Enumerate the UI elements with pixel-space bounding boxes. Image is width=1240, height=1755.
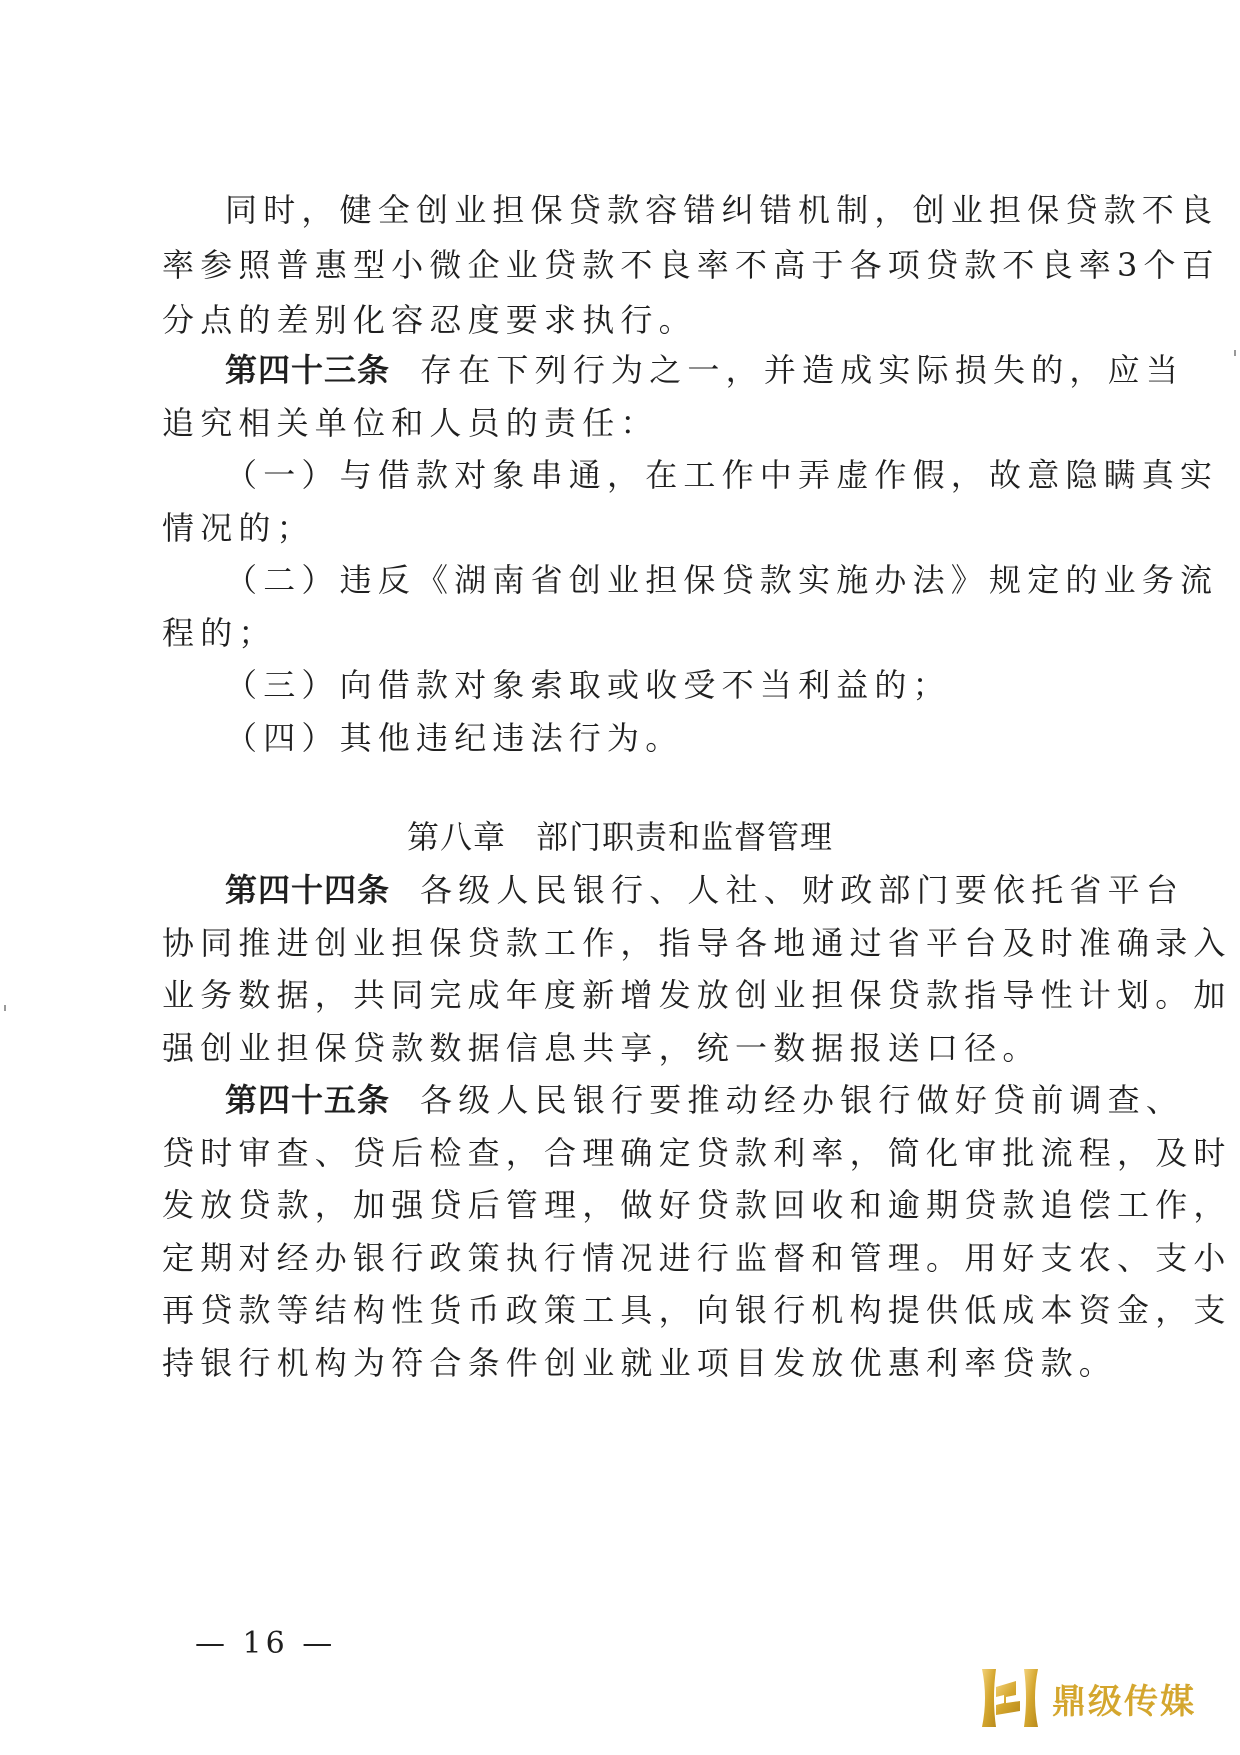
list-item: （四）其他违纪违法行为。 [225,718,1145,758]
ding-ji-logo-icon [980,1665,1040,1731]
paragraph-line: 同时，健全创业担保贷款容错纠错机制，创业担保贷款不良 [225,190,1145,230]
list-item-continuation: 情况的； [162,508,1082,548]
article-43-first-line: 第四十三条存在下列行为之一，并造成实际损失的，应当 [225,350,1145,390]
article-text: 各级人民银行、人社、财政部门要依托省平台 [420,871,1184,909]
list-item: （一）与借款对象串通，在工作中弄虚作假，故意隐瞒真实 [225,455,1145,495]
scan-mark [4,1005,6,1011]
paragraph-line: 业务数据，共同完成年度新增发放创业担保贷款指导性计划。加 [162,975,1082,1015]
article-heading: 第四十四条 [225,871,390,909]
page-number: — 16 — [195,1626,336,1662]
list-item: （二）违反《湖南省创业担保贷款实施办法》规定的业务流 [225,560,1145,600]
paragraph-line: 定期对经办银行政策执行情况进行监督和管理。用好支农、支小 [162,1238,1082,1278]
chapter-heading: 第八章部门职责和监督管理 [0,817,1240,857]
article-44-first-line: 第四十四条各级人民银行、人社、财政部门要依托省平台 [225,870,1145,910]
document-page: 同时，健全创业担保贷款容错纠错机制，创业担保贷款不良 率参照普惠型小微企业贷款不… [0,0,1240,1755]
paragraph-line: 贷时审查、贷后检查，合理确定贷款利率，简化审批流程，及时 [162,1133,1082,1173]
watermark: 鼎级传媒 [980,1662,1196,1734]
paragraph-line: 发放贷款，加强贷后管理，做好贷款回收和逾期贷款追偿工作， [162,1185,1082,1225]
article-text: 存在下列行为之一，并造成实际损失的，应当 [420,351,1184,389]
article-45-first-line: 第四十五条各级人民银行要推动经办银行做好贷前调查、 [225,1080,1145,1120]
paragraph-line: 协同推进创业担保贷款工作，指导各地通过省平台及时准确录入 [162,923,1082,963]
paragraph-line: 再贷款等结构性货币政策工具，向银行机构提供低成本资金，支 [162,1290,1082,1330]
paragraph-line: 分点的差别化容忍度要求执行。 [162,300,1082,340]
article-text: 各级人民银行要推动经办银行做好贷前调查、 [420,1081,1184,1119]
article-heading: 第四十三条 [225,351,390,389]
paragraph-line: 持银行机构为符合条件创业就业项目发放优惠利率贷款。 [162,1343,1082,1383]
scan-mark [1234,350,1236,356]
paragraph-line: 强创业担保贷款数据信息共享，统一数据报送口径。 [162,1028,1082,1068]
watermark-text: 鼎级传媒 [1052,1674,1196,1723]
chapter-number: 第八章 [407,818,506,856]
paragraph-line: 追究相关单位和人员的责任： [162,403,1082,443]
paragraph-line: 率参照普惠型小微企业贷款不良率不高于各项贷款不良率3个百 [162,245,1082,285]
article-heading: 第四十五条 [225,1081,390,1119]
chapter-title: 部门职责和监督管理 [536,818,833,856]
list-item-continuation: 程的； [162,613,1082,653]
list-item: （三）向借款对象索取或收受不当利益的； [225,665,1145,705]
